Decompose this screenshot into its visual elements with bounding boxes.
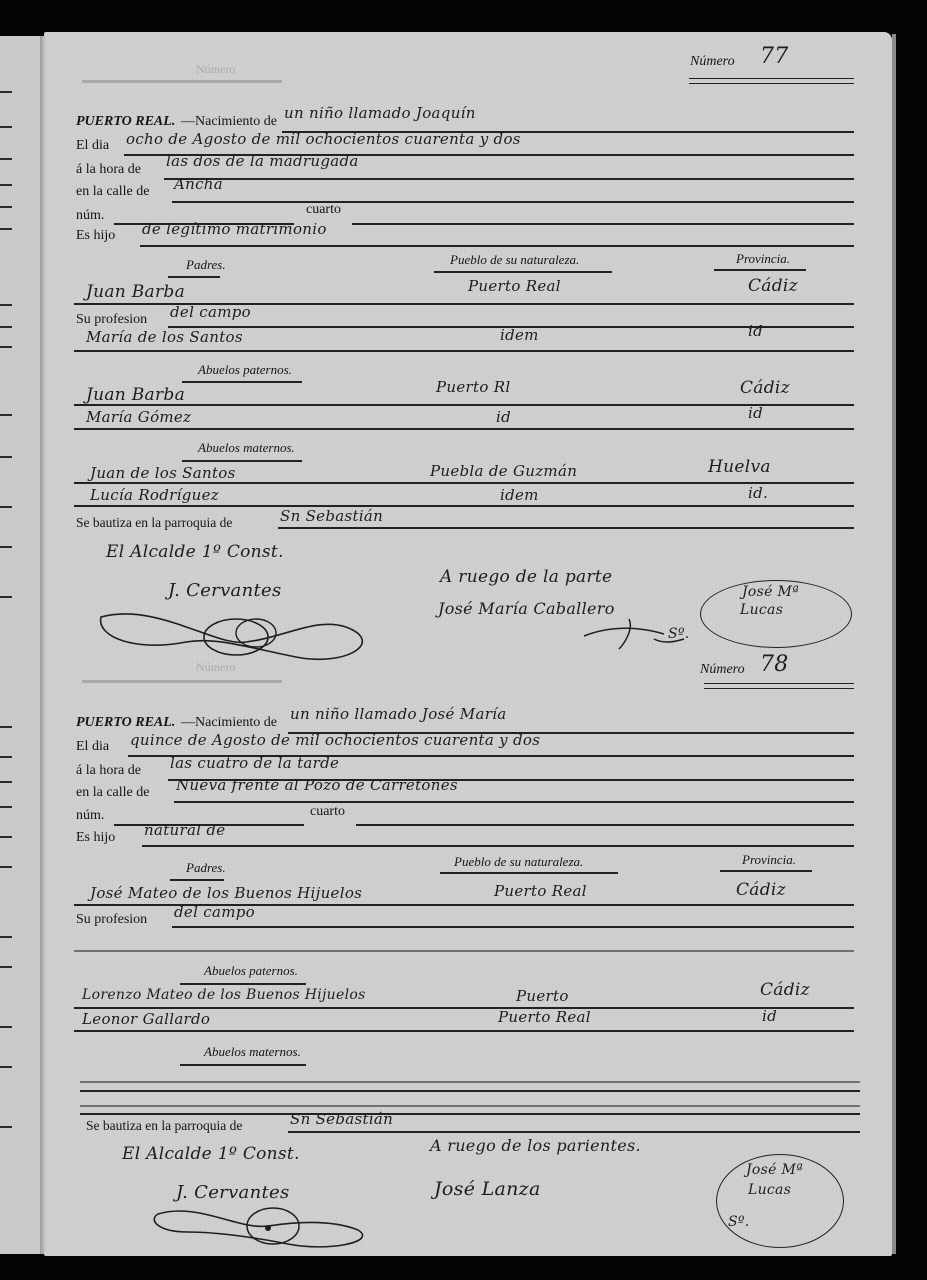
hijo-label: Es hijo <box>76 830 115 846</box>
firma-secretario-2: Lucas <box>748 1182 791 1198</box>
padre-pueblo: Puerto Real <box>494 882 587 900</box>
madre-pueblo: idem <box>500 326 539 344</box>
header-pueblo: Pueblo de su naturaleza. <box>454 854 583 870</box>
firma-alcalde-titulo: El Alcalde 1º Const. <box>106 542 284 562</box>
town-label: PUERTO REAL. <box>76 114 175 130</box>
town-label: PUERTO REAL. <box>76 715 175 731</box>
header-provincia: Provincia. <box>742 852 796 868</box>
madre-provincia: id <box>748 322 763 340</box>
page-edge <box>892 34 896 1254</box>
abuelo-materno-provincia: Huelva <box>708 457 771 477</box>
numero-label: Número <box>700 662 745 678</box>
abuelos-maternos-label: Abuelos maternos. <box>198 440 295 456</box>
num-label: núm. <box>76 808 104 824</box>
firma-secretario-1: José Mª <box>742 584 799 600</box>
abuela-materna-nombre: Lucía Rodríguez <box>90 486 219 504</box>
parroquia-value: Sn Sebastián <box>290 1110 393 1128</box>
dia-label: El dia <box>76 739 109 755</box>
padre-pueblo: Puerto Real <box>468 277 561 295</box>
abuela-paterna-nombre: María Gómez <box>86 408 191 426</box>
alcalde-rubric-flourish <box>96 597 386 667</box>
firma-ruego: A ruego de la parte <box>440 567 612 587</box>
abuelo-materno-nombre: Juan de los Santos <box>90 464 236 482</box>
abuela-materna-provincia: id. <box>748 484 768 502</box>
firma-secretario-3: Sº. <box>728 1214 750 1230</box>
num-label: núm. <box>76 208 104 224</box>
abuela-paterna-provincia: id <box>762 1007 777 1025</box>
hora-value: las cuatro de la tarde <box>170 754 339 772</box>
hijo-label: Es hijo <box>76 228 115 244</box>
bleed-through-numero-2: Número <box>196 660 235 675</box>
abuelo-paterno-provincia: Cádiz <box>760 980 810 1000</box>
abuelo-paterno-nombre: Juan Barba <box>86 385 185 405</box>
abuelos-paternos-label: Abuelos paternos. <box>198 362 292 378</box>
calle-label: en la calle de <box>76 785 149 801</box>
book-gutter <box>40 36 46 1254</box>
abuela-paterna-provincia: id <box>748 404 763 422</box>
firma-testigo: José Lanza <box>434 1178 541 1200</box>
abuela-materna-pueblo: idem <box>500 486 539 504</box>
firma-ruego: A ruego de los parientes. <box>430 1136 641 1155</box>
nacimiento-value: un niño llamado José María <box>290 705 507 723</box>
header-provincia: Provincia. <box>736 251 790 267</box>
header-padres: Padres. <box>186 860 226 876</box>
dia-value: ocho de Agosto de mil ochocientos cuaren… <box>126 130 521 148</box>
nacimiento-value: un niño llamado Joaquín <box>284 104 476 122</box>
abuela-paterna-pueblo: Puerto Real <box>498 1008 591 1026</box>
abuelo-paterno-pueblo: Puerto <box>516 987 569 1005</box>
hora-label: á la hora de <box>76 763 141 779</box>
numero-value: 78 <box>760 652 789 677</box>
abuela-paterna-nombre: Leonor Gallardo <box>82 1010 210 1028</box>
padre-nombre: Juan Barba <box>86 282 185 302</box>
numero-label: Número <box>690 54 735 70</box>
alcalde-rubric-flourish <box>148 1200 378 1256</box>
parroquia-label: Se bautiza en la parroquia de <box>76 515 232 531</box>
firma-secretario-2: Lucas <box>740 602 783 618</box>
parroquia-value: Sn Sebastián <box>280 507 383 525</box>
madre-nombre: María de los Santos <box>86 328 243 346</box>
abuela-paterna-pueblo: id <box>496 408 511 426</box>
abuelo-materno-pueblo: Puebla de Guzmán <box>430 462 577 480</box>
abuelos-maternos-label: Abuelos maternos. <box>204 1044 301 1060</box>
calle-label: en la calle de <box>76 184 149 200</box>
header-padres: Padres. <box>186 257 226 273</box>
firma-alcalde-titulo: El Alcalde 1º Const. <box>122 1144 300 1164</box>
nacimiento-label: —Nacimiento de <box>181 715 277 731</box>
bleed-through-numero: Número <box>196 62 235 77</box>
hijo-value: natural de <box>144 821 225 839</box>
profesion-label: Su profesion <box>76 312 147 328</box>
abuelos-paternos-label: Abuelos paternos. <box>204 963 298 979</box>
firma-secretario-3: Sº. <box>668 626 690 642</box>
register-page: Número Número 77 PUERTO REAL. —Nacimient… <box>44 32 892 1256</box>
header-pueblo: Pueblo de su naturaleza. <box>450 252 579 268</box>
padre-provincia: Cádiz <box>736 880 786 900</box>
profesion-value: del campo <box>174 903 255 921</box>
profesion-label: Su profesion <box>76 912 147 928</box>
cuarto-label: cuarto <box>310 804 345 820</box>
hora-value: las dos de la madrugada <box>166 152 359 170</box>
hijo-value: de legítimo matrimonio <box>142 220 327 238</box>
dia-label: El dia <box>76 138 109 154</box>
padre-provincia: Cádiz <box>748 276 798 296</box>
numero-value: 77 <box>760 44 789 69</box>
nacimiento-label: —Nacimiento de <box>181 114 277 130</box>
abuelo-paterno-pueblo: Puerto Rl <box>436 378 510 396</box>
firma-secretario-1: José Mª <box>746 1162 803 1178</box>
hora-label: á la hora de <box>76 162 141 178</box>
abuelo-paterno-nombre: Lorenzo Mateo de los Buenos Hijuelos <box>82 987 366 1003</box>
profesion-value: del campo <box>170 303 251 321</box>
calle-value: Nueva frente al Pozo de Carretones <box>176 776 458 794</box>
padre-nombre: José Mateo de los Buenos Hijuelos <box>90 884 362 902</box>
cuarto-label: cuarto <box>306 202 341 218</box>
parroquia-label: Se bautiza en la parroquia de <box>86 1118 242 1134</box>
calle-value: Ancha <box>174 175 223 193</box>
abuelo-paterno-provincia: Cádiz <box>740 378 790 398</box>
dia-value: quince de Agosto de mil ochocientos cuar… <box>130 731 540 749</box>
